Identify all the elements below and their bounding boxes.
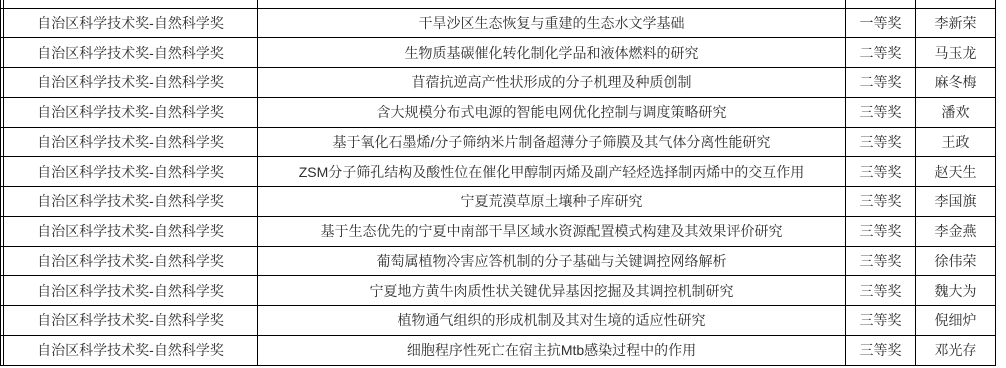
project-title-cell: 生物质基碳催化转化制化学品和液体燃料的研究: [258, 38, 846, 68]
project-title-cell: ZSM分子筛孔结构及酸性位在催化甲醇制丙烯及副产轻烃选择制丙烯中的交互作用: [258, 157, 846, 187]
table-row: 自治区科学技术奖-自然科学奖 植物通气组织的形成机制及其对生境的适应性研究 三等…: [1, 306, 996, 336]
award-category-cell: 自治区科学技术奖-自然科学奖: [4, 246, 258, 276]
awardee-name-cell: 潘欢: [916, 97, 996, 127]
award-level-cell: 三等奖: [846, 246, 916, 276]
award-category-cell: 自治区科学技术奖-自然科学奖: [4, 157, 258, 187]
table-row: 自治区科学技术奖-自然科学奖 细胞程序性死亡在宿主抗Mtb感染过程中的作用 三等…: [1, 335, 996, 365]
project-title-cell: 宁夏荒漠草原土壤种子库研究: [258, 187, 846, 217]
award-level-cell: 三等奖: [846, 335, 916, 365]
award-category-cell: 自治区科学技术奖-自然科学奖: [4, 276, 258, 306]
awardee-name-cell: 李金燕: [916, 216, 996, 246]
clipped-name-cell: [916, 0, 996, 8]
award-level-cell: 三等奖: [846, 157, 916, 187]
awardee-name-cell: 邓光存: [916, 335, 996, 365]
clipped-level-cell: [846, 0, 916, 8]
project-title-cell: 宁夏地方黄牛肉质性状关键优异基因挖掘及其调控机制研究: [258, 276, 846, 306]
awardee-name-cell: 倪细炉: [916, 306, 996, 336]
table-row: 自治区科学技术奖-自然科学奖 基于生态优先的宁夏中南部干旱区域水资源配置模式构建…: [1, 216, 996, 246]
table-row: 自治区科学技术奖-自然科学奖 葡萄属植物冷害应答机制的分子基础与关键调控网络解析…: [1, 246, 996, 276]
table-row: 自治区科学技术奖-自然科学奖 干旱沙区生态恢复与重建的生态水文学基础 一等奖 李…: [1, 8, 996, 38]
award-level-cell: 三等奖: [846, 216, 916, 246]
project-title-cell: 基于生态优先的宁夏中南部干旱区域水资源配置模式构建及其效果评价研究: [258, 216, 846, 246]
awardee-name-cell: 李国旗: [916, 187, 996, 217]
award-level-cell: 三等奖: [846, 187, 916, 217]
awardee-name-cell: 王政: [916, 127, 996, 157]
clipped-title-cell: [258, 0, 846, 8]
award-level-cell: 三等奖: [846, 127, 916, 157]
award-category-cell: 自治区科学技术奖-自然科学奖: [4, 216, 258, 246]
award-level-cell: 一等奖: [846, 8, 916, 38]
awardee-name-cell: 马玉龙: [916, 38, 996, 68]
award-level-cell: 三等奖: [846, 97, 916, 127]
table-row: 自治区科学技术奖-自然科学奖 基于氧化石墨烯/分子筛纳米片制备超薄分子筛膜及其气…: [1, 127, 996, 157]
award-category-cell: 自治区科学技术奖-自然科学奖: [4, 97, 258, 127]
table-row: 自治区科学技术奖-自然科学奖 ZSM分子筛孔结构及酸性位在催化甲醇制丙烯及副产轻…: [1, 157, 996, 187]
award-level-cell: 三等奖: [846, 276, 916, 306]
project-title-cell: 干旱沙区生态恢复与重建的生态水文学基础: [258, 8, 846, 38]
awardee-name-cell: 魏大为: [916, 276, 996, 306]
award-category-cell: 自治区科学技术奖-自然科学奖: [4, 306, 258, 336]
project-title-cell: 含大规模分布式电源的智能电网优化控制与调度策略研究: [258, 97, 846, 127]
award-level-cell: 二等奖: [846, 68, 916, 98]
project-title-cell: 葡萄属植物冷害应答机制的分子基础与关键调控网络解析: [258, 246, 846, 276]
table-row: 自治区科学技术奖-自然科学奖 宁夏地方黄牛肉质性状关键优异基因挖掘及其调控机制研…: [1, 276, 996, 306]
awardee-name-cell: 李新荣: [916, 8, 996, 38]
clipped-category-cell: [4, 0, 258, 8]
table-row: 自治区科学技术奖-自然科学奖 苜蓿抗逆高产性状形成的分子机理及种质创制 二等奖 …: [1, 68, 996, 98]
project-title-cell: 植物通气组织的形成机制及其对生境的适应性研究: [258, 306, 846, 336]
award-category-cell: 自治区科学技术奖-自然科学奖: [4, 38, 258, 68]
awards-table: 自治区科学技术奖-自然科学奖 干旱沙区生态恢复与重建的生态水文学基础 一等奖 李…: [0, 0, 996, 366]
table-row-clipped: [1, 0, 996, 8]
table-row: 自治区科学技术奖-自然科学奖 生物质基碳催化转化制化学品和液体燃料的研究 二等奖…: [1, 38, 996, 68]
award-category-cell: 自治区科学技术奖-自然科学奖: [4, 335, 258, 365]
award-category-cell: 自治区科学技术奖-自然科学奖: [4, 68, 258, 98]
awards-sheet: 自治区科学技术奖-自然科学奖 干旱沙区生态恢复与重建的生态水文学基础 一等奖 李…: [0, 0, 1006, 368]
project-title-cell: 基于氧化石墨烯/分子筛纳米片制备超薄分子筛膜及其气体分离性能研究: [258, 127, 846, 157]
awards-table-body: 自治区科学技术奖-自然科学奖 干旱沙区生态恢复与重建的生态水文学基础 一等奖 李…: [1, 0, 996, 365]
table-row: 自治区科学技术奖-自然科学奖 宁夏荒漠草原土壤种子库研究 三等奖 李国旗: [1, 187, 996, 217]
project-title-cell: 细胞程序性死亡在宿主抗Mtb感染过程中的作用: [258, 335, 846, 365]
awardee-name-cell: 赵天生: [916, 157, 996, 187]
award-level-cell: 二等奖: [846, 38, 916, 68]
award-category-cell: 自治区科学技术奖-自然科学奖: [4, 127, 258, 157]
award-level-cell: 三等奖: [846, 306, 916, 336]
table-row: 自治区科学技术奖-自然科学奖 含大规模分布式电源的智能电网优化控制与调度策略研究…: [1, 97, 996, 127]
award-category-cell: 自治区科学技术奖-自然科学奖: [4, 8, 258, 38]
award-category-cell: 自治区科学技术奖-自然科学奖: [4, 187, 258, 217]
awardee-name-cell: 徐伟荣: [916, 246, 996, 276]
project-title-cell: 苜蓿抗逆高产性状形成的分子机理及种质创制: [258, 68, 846, 98]
awardee-name-cell: 麻冬梅: [916, 68, 996, 98]
